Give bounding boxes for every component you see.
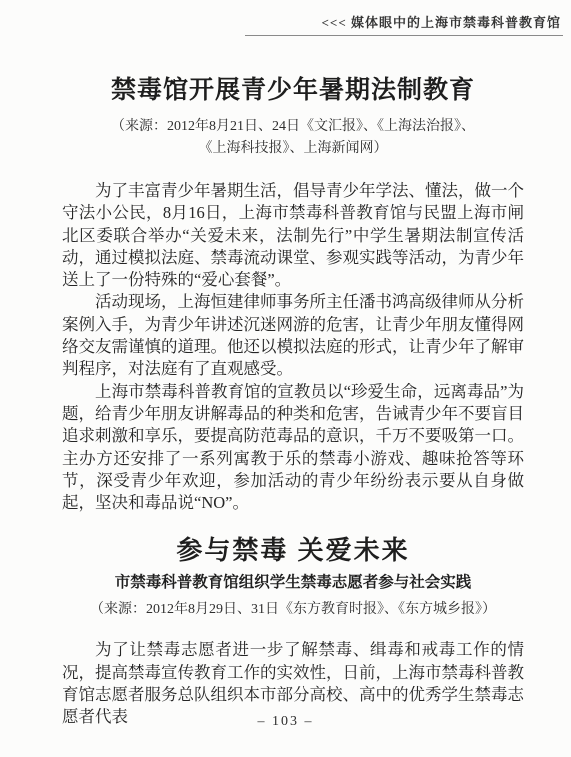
article-1-paragraph-1: 为了丰富青少年暑期生活，倡导青少年学法、懂法，做一个守法小公民，8月16日，上海…	[62, 180, 524, 291]
document-page: <<< 媒体眼中的上海市禁毒科普教育馆 禁毒馆开展青少年暑期法制教育 （来源：2…	[0, 0, 571, 757]
page-content: 禁毒馆开展青少年暑期法制教育 （来源：2012年8月21日、24日《文汇报》、《…	[62, 74, 524, 729]
page-number: – 103 –	[0, 714, 571, 730]
running-header-text: <<< 媒体眼中的上海市禁毒科普教育馆	[322, 12, 563, 31]
article-1-source-line-1: （来源：2012年8月21日、24日《文汇报》、《上海法治报》、	[62, 116, 524, 138]
article-1-paragraph-2: 活动现场，上海恒建律师事务所主任潘书鸿高级律师从分析案例入手，为青少年讲述沉迷网…	[62, 291, 524, 380]
article-1: 禁毒馆开展青少年暑期法制教育 （来源：2012年8月21日、24日《文汇报》、《…	[62, 74, 524, 514]
article-1-title: 禁毒馆开展青少年暑期法制教育	[62, 74, 524, 106]
header-rule	[245, 35, 563, 36]
article-1-source-line-2: 《上海科技报》、上海新闻网）	[62, 138, 524, 160]
article-1-paragraph-3: 上海市禁毒科普教育馆的宣教员以“珍爱生命，远离毒品”为题，给青少年朋友讲解毒品的…	[62, 381, 524, 515]
article-2-title: 参与禁毒 关爱未来	[62, 534, 524, 566]
article-2-subtitle: 市禁毒科普教育馆组织学生禁毒志愿者参与社会实践	[62, 572, 524, 594]
running-header: <<< 媒体眼中的上海市禁毒科普教育馆	[0, 12, 563, 36]
article-2-source: （来源：2012年8月29日、31日《东方教育时报》、《东方城乡报》）	[62, 599, 524, 621]
article-1-source: （来源：2012年8月21日、24日《文汇报》、《上海法治报》、 《上海科技报》…	[62, 116, 524, 160]
article-2: 参与禁毒 关爱未来 市禁毒科普教育馆组织学生禁毒志愿者参与社会实践 （来源：20…	[62, 534, 524, 728]
